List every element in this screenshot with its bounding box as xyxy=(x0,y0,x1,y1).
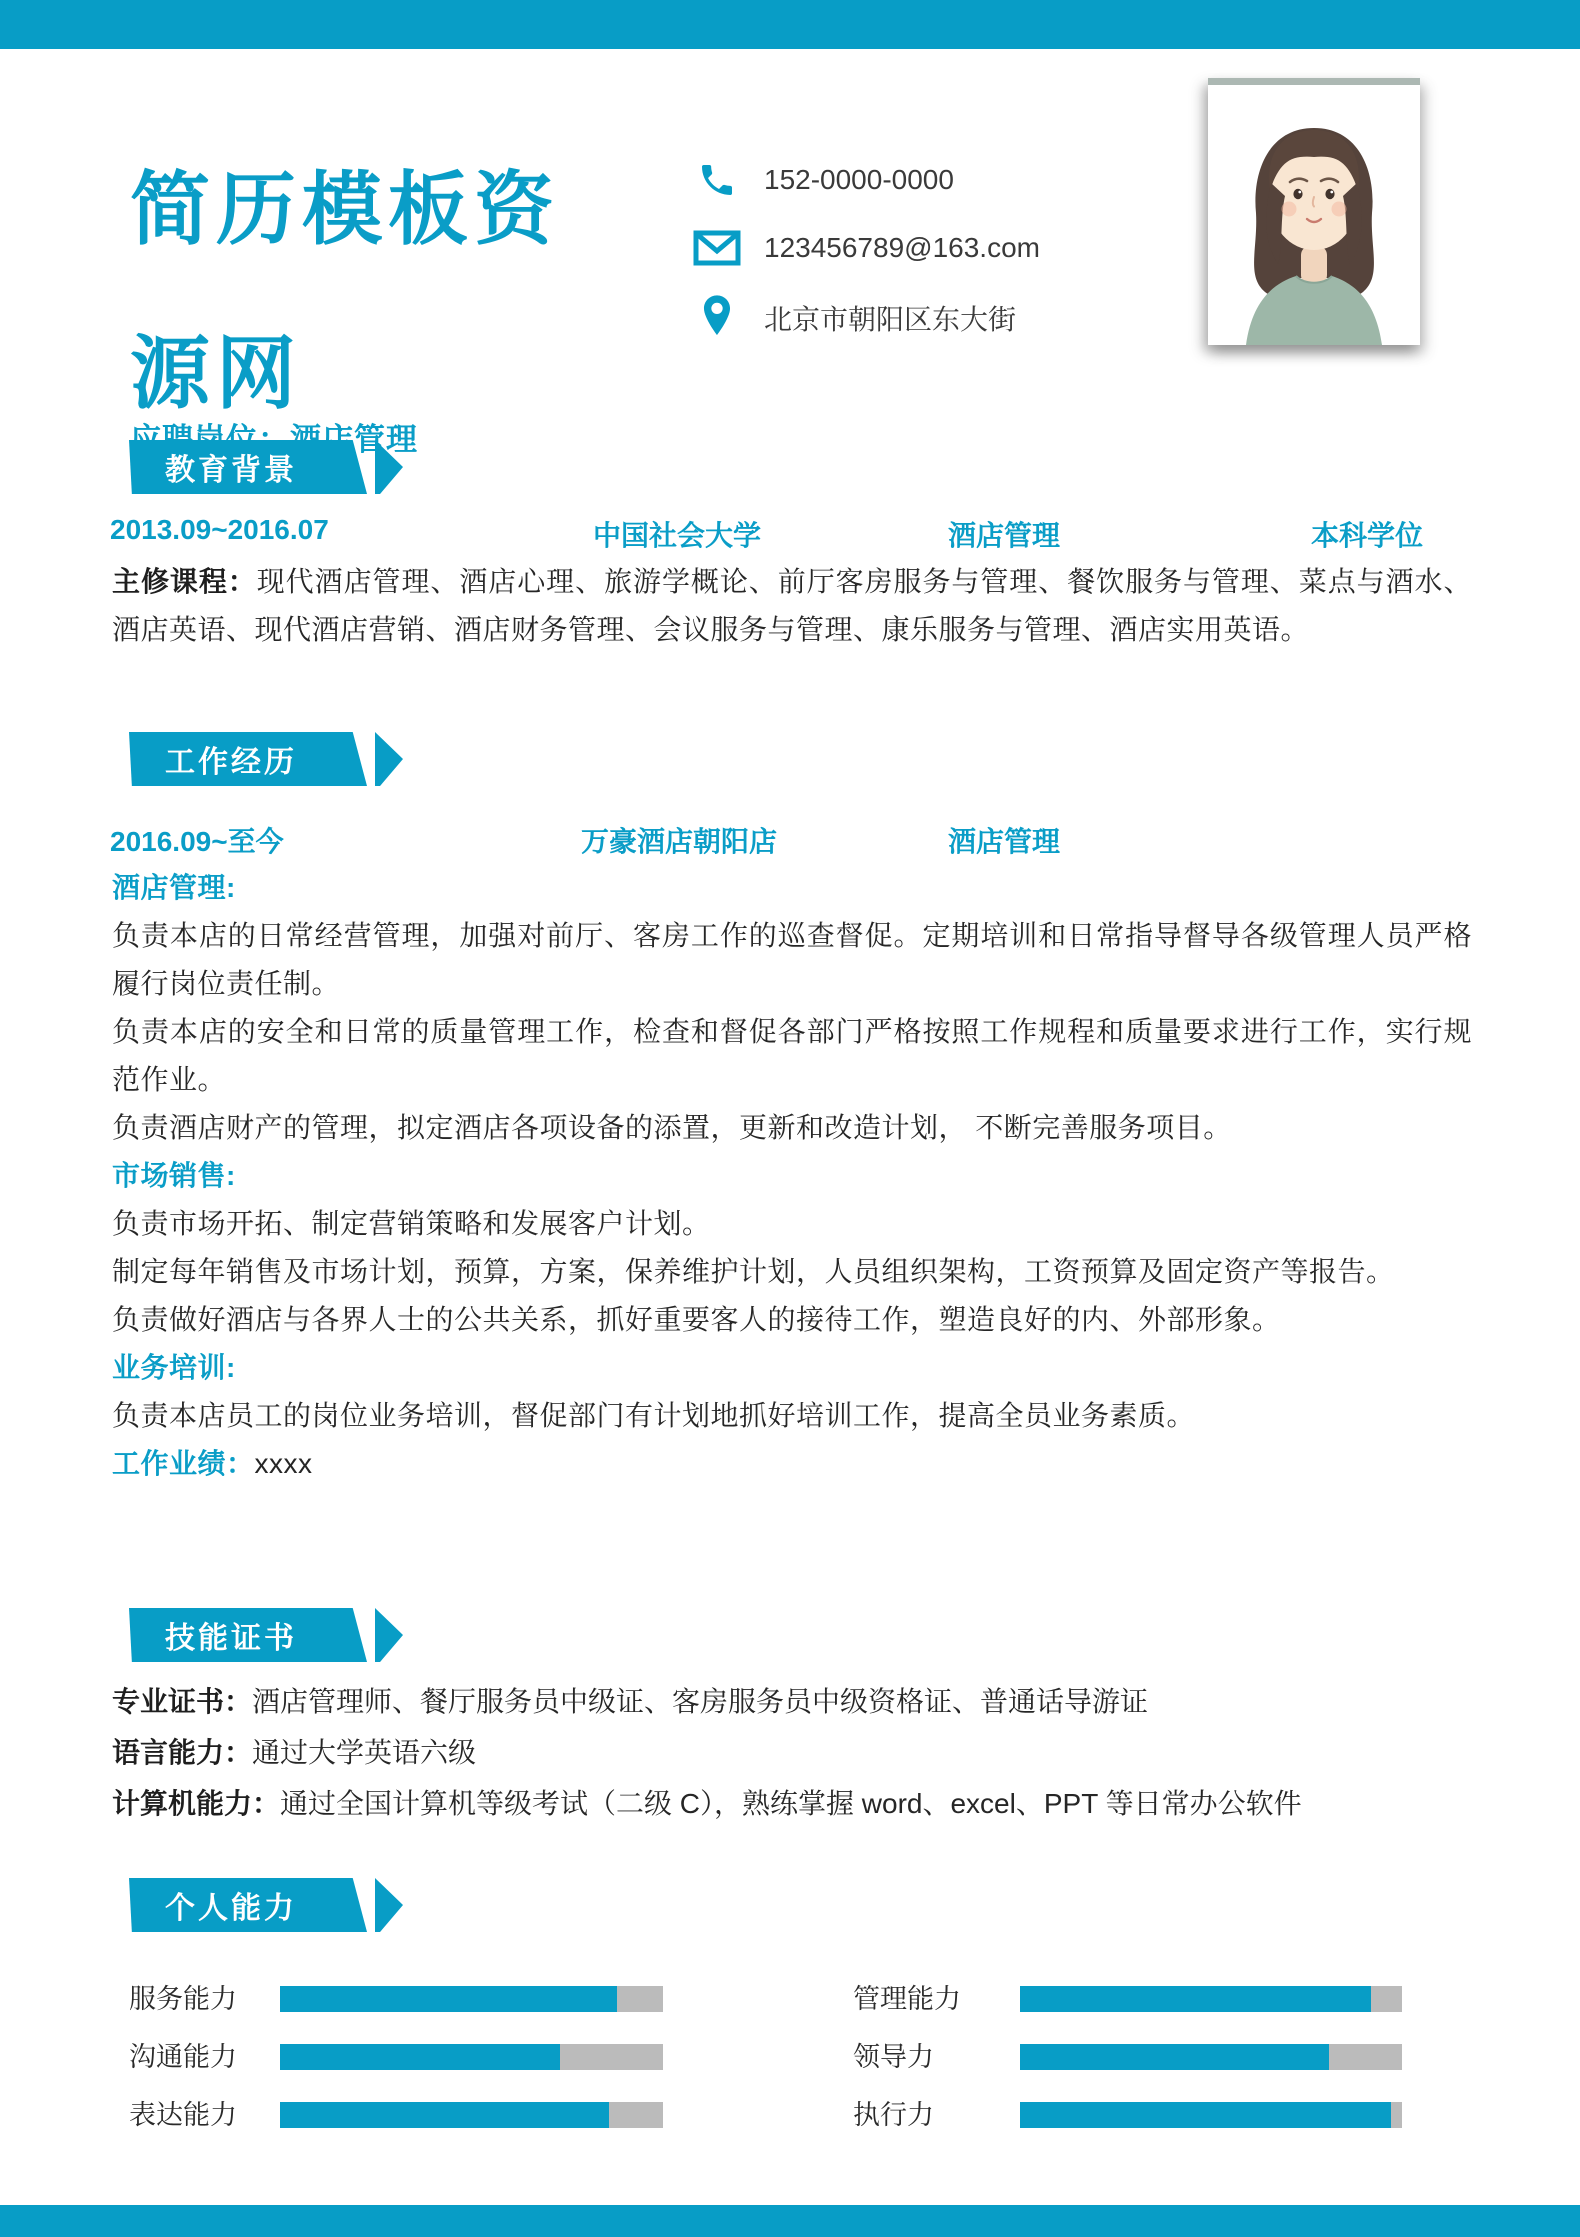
ability-bar-fill xyxy=(280,2102,609,2128)
ability-bar xyxy=(1020,2102,1402,2128)
ability-label: 管理能力 xyxy=(853,1986,961,2012)
education-major: 酒店管理 xyxy=(948,514,1060,554)
ability-label: 执行力 xyxy=(853,2102,934,2128)
ability-bar xyxy=(280,2102,663,2128)
avatar xyxy=(1208,78,1420,345)
work-detail-line: 负责做好酒店与各界人士的公共关系，抓好重要客人的接待工作，塑造良好的内、外部形象… xyxy=(112,1296,1472,1344)
achievement-value: xxxx xyxy=(255,1448,313,1479)
ability-bar xyxy=(1020,2044,1402,2070)
ability-bar-fill xyxy=(280,2044,560,2070)
resume-page: { "theme": { "accent": "#089DC6", "bar_t… xyxy=(0,0,1580,2237)
bottom-accent-bar xyxy=(0,2205,1580,2237)
skill-label: 语言能力： xyxy=(112,1737,252,1768)
work-company: 万豪酒店朝阳店 xyxy=(581,820,777,860)
courses-text: 现代酒店管理、酒店心理、旅游学概论、前厅客房服务与管理、餐饮服务与管理、菜点与酒… xyxy=(112,566,1472,645)
avatar-illustration xyxy=(1208,78,1420,345)
skills-banner-label: 技能证书 xyxy=(129,1608,367,1662)
courses-label: 主修课程： xyxy=(112,566,257,597)
education-banner-label: 教育背景 xyxy=(129,440,367,494)
skill-row-computer: 计算机能力：通过全国计算机等级考试（二级 C），熟练掌握 word、excel、… xyxy=(112,1784,1302,1824)
ability-bar xyxy=(280,2044,663,2070)
work-subheading: 业务培训: xyxy=(112,1344,1472,1392)
contact-row-email: 123456789@163.com xyxy=(688,224,1040,272)
skill-label: 专业证书： xyxy=(112,1686,252,1717)
work-subheading: 酒店管理: xyxy=(112,864,1472,912)
ability-bar xyxy=(280,1986,663,2012)
skill-row-certificates: 专业证书：酒店管理师、餐厅服务员中级证、客房服务员中级资格证、普通话导游证 xyxy=(112,1682,1148,1722)
skill-text: 酒店管理师、餐厅服务员中级证、客房服务员中级资格证、普通话导游证 xyxy=(252,1686,1148,1717)
work-details: 酒店管理: 负责本店的日常经营管理，加强对前厅、客房工作的巡查督促。定期培训和日… xyxy=(112,864,1472,1488)
email-address: 123456789@163.com xyxy=(764,232,1040,264)
work-position: 酒店管理 xyxy=(948,820,1060,860)
education-courses: 主修课程：现代酒店管理、酒店心理、旅游学概论、前厅客房服务与管理、餐饮服务与管理… xyxy=(112,558,1472,654)
ability-bar-fill xyxy=(280,1986,617,2012)
banner-chevron-icon xyxy=(375,1608,403,1662)
ability-bar xyxy=(1020,1986,1402,2012)
phone-number: 152-0000-0000 xyxy=(764,164,954,196)
education-degree: 本科学位 xyxy=(1311,514,1423,554)
location-icon xyxy=(688,293,746,343)
work-banner-label: 工作经历 xyxy=(129,732,367,786)
page-title: 简历模板资源网 xyxy=(130,128,600,456)
work-detail-line: 负责本店的日常经营管理，加强对前厅、客房工作的巡查督促。定期培训和日常指导督导各… xyxy=(112,912,1472,1008)
abilities-banner-label: 个人能力 xyxy=(129,1878,367,1932)
achievement-label: 工作业绩： xyxy=(112,1448,255,1479)
education-period: 2013.09~2016.07 xyxy=(110,514,329,546)
skill-row-language: 语言能力：通过大学英语六级 xyxy=(112,1733,476,1773)
work-subheading: 市场销售: xyxy=(112,1152,1472,1200)
ability-label: 表达能力 xyxy=(129,2102,237,2128)
address: 北京市朝阳区东大街 xyxy=(764,298,1016,338)
ability-label: 领导力 xyxy=(853,2044,934,2070)
phone-icon xyxy=(688,160,746,200)
work-detail-line: 负责本店的安全和日常的质量管理工作，检查和督促各部门严格按照工作规程和质量要求进… xyxy=(112,1008,1472,1104)
contact-block: 152-0000-0000 123456789@163.com 北京市朝阳区东大… xyxy=(688,156,1040,346)
ability-bar-fill xyxy=(1020,2102,1391,2128)
email-icon xyxy=(688,230,746,266)
skill-label: 计算机能力： xyxy=(112,1788,280,1819)
contact-row-phone: 152-0000-0000 xyxy=(688,156,1040,204)
work-detail-line: 负责酒店财产的管理，拟定酒店各项设备的添置，更新和改造计划， 不断完善服务项目。 xyxy=(112,1104,1472,1152)
contact-row-location: 北京市朝阳区东大街 xyxy=(688,290,1040,346)
ability-label: 服务能力 xyxy=(129,1986,237,2012)
skill-text: 通过全国计算机等级考试（二级 C），熟练掌握 word、excel、PPT 等日… xyxy=(280,1788,1302,1819)
top-accent-bar xyxy=(0,0,1580,49)
work-period: 2016.09~至今 xyxy=(110,820,284,860)
ability-label: 沟通能力 xyxy=(129,2044,237,2070)
skill-text: 通过大学英语六级 xyxy=(252,1737,476,1768)
ability-bar-fill xyxy=(1020,2044,1329,2070)
work-detail-line: 负责本店员工的岗位业务培训，督促部门有计划地抓好培训工作，提高全员业务素质。 xyxy=(112,1392,1472,1440)
banner-chevron-icon xyxy=(375,732,403,786)
work-detail-line: 制定每年销售及市场计划，预算，方案，保养维护计划，人员组织架构，工资预算及固定资… xyxy=(112,1248,1472,1296)
banner-chevron-icon xyxy=(375,1878,403,1932)
education-school: 中国社会大学 xyxy=(593,514,761,554)
ability-bar-fill xyxy=(1020,1986,1371,2012)
work-detail-line: 负责市场开拓、制定营销策略和发展客户计划。 xyxy=(112,1200,1472,1248)
